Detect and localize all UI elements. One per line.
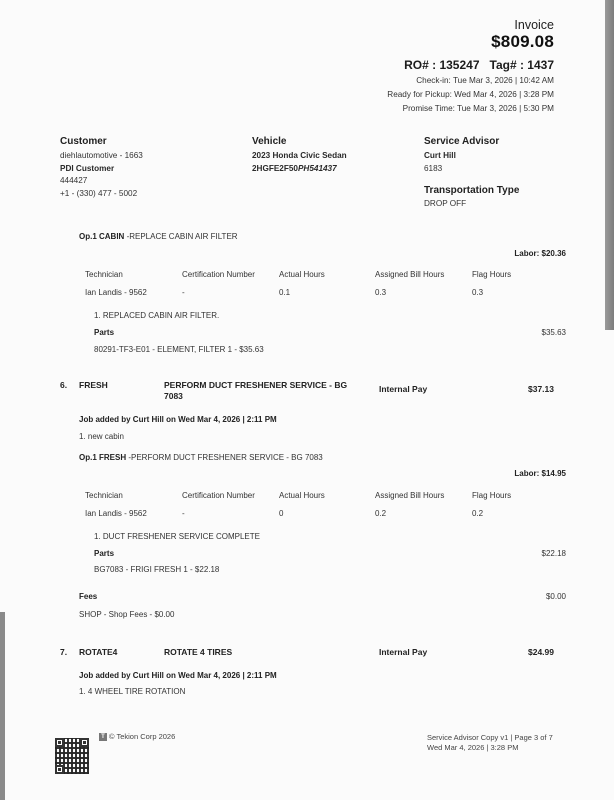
job6-tech-actual: 0 xyxy=(279,509,283,518)
service-advisor-heading: Service Advisor xyxy=(424,136,519,147)
job5-parts-total: $35.63 xyxy=(542,328,566,337)
invoice-title: Invoice xyxy=(514,18,554,32)
qr-finder-top-right xyxy=(80,738,89,747)
job7-amount: $24.99 xyxy=(528,647,554,657)
job6-pay-type: Internal Pay xyxy=(379,384,427,394)
job6-code: FRESH xyxy=(79,380,108,390)
ro-tag-line: RO# : 135247Tag# : 1437 xyxy=(404,58,554,72)
job6-tech-flag: 0.2 xyxy=(472,509,483,518)
job6-op-code: Op.1 FRESH xyxy=(79,453,126,462)
job6-number: 6. xyxy=(60,380,67,390)
job5-op-code: Op.1 CABIN xyxy=(79,232,124,241)
copyright-text: © Tekion Corp 2026 xyxy=(109,732,175,741)
tech-header-flag: Flag Hours xyxy=(472,270,511,279)
tech-header-assigned: Assigned Bill Hours xyxy=(375,270,444,279)
tekion-logo-icon: T xyxy=(99,733,107,741)
job6-description: PERFORM DUCT FRESHENER SERVICE - BG 7083 xyxy=(164,380,364,401)
ready-for-pickup-time: Ready for Pickup: Wed Mar 4, 2026 | 3:28… xyxy=(387,90,554,99)
job6-parts-line: BG7083 - FRIGI FRESH 1 - $22.18 xyxy=(94,565,219,574)
job6-fees-total: $0.00 xyxy=(546,592,566,601)
service-advisor-id: 6183 xyxy=(424,163,519,176)
customer-number: 444427 xyxy=(60,175,143,188)
job5-tech-name: Ian Landis - 9562 xyxy=(85,288,147,297)
job5-op-description: -REPLACE CABIN AIR FILTER xyxy=(124,232,237,241)
scan-edge-shadow-left xyxy=(0,612,5,800)
job7-pay-type: Internal Pay xyxy=(379,647,427,657)
customer-type: PDI Customer xyxy=(60,163,143,176)
job7-code: ROTATE4 xyxy=(79,647,117,657)
job6-parts-label: Parts xyxy=(94,549,114,558)
job5-note: 1. REPLACED CABIN AIR FILTER. xyxy=(94,311,219,320)
job5-tech-flag: 0.3 xyxy=(472,288,483,297)
job6-fees-line: SHOP - Shop Fees - $0.00 xyxy=(79,610,174,619)
customer-phone: +1 - (330) 477 - 5002 xyxy=(60,188,143,201)
job5-parts-label: Parts xyxy=(94,328,114,337)
vin-prefix: 2HGFE2F50 xyxy=(252,164,298,173)
job5-tech-assigned: 0.3 xyxy=(375,288,386,297)
qr-finder-bottom-left xyxy=(55,765,64,774)
service-advisor-name: Curt Hill xyxy=(424,150,519,163)
job5-labor: Labor: $20.36 xyxy=(514,249,566,258)
vehicle-description: 2023 Honda Civic Sedan xyxy=(252,150,347,163)
job6-tech-name: Ian Landis - 9562 xyxy=(85,509,147,518)
job6-tech-header-actual: Actual Hours xyxy=(279,491,325,500)
job6-tech-header-flag: Flag Hours xyxy=(472,491,511,500)
job7-concern: 1. 4 WHEEL TIRE ROTATION xyxy=(79,687,185,696)
job6-op-line: Op.1 FRESH -PERFORM DUCT FRESHENER SERVI… xyxy=(79,453,323,462)
job6-fees-label: Fees xyxy=(79,592,97,601)
promise-time: Promise Time: Tue Mar 3, 2026 | 5:30 PM xyxy=(403,104,554,113)
job7-added-by: Job added by Curt Hill on Wed Mar 4, 202… xyxy=(79,671,277,680)
vehicle-vin: 2HGFE2F50PH541437 xyxy=(252,163,347,176)
job6-labor: Labor: $14.95 xyxy=(514,469,566,478)
job6-tech-header-assigned: Assigned Bill Hours xyxy=(375,491,444,500)
customer-block: Customer diehlautomotive - 1663 PDI Cust… xyxy=(60,136,143,200)
job5-labor-amount: Labor: $20.36 xyxy=(514,249,566,258)
service-advisor-block: Service Advisor Curt Hill 6183 Transport… xyxy=(424,136,519,211)
vehicle-heading: Vehicle xyxy=(252,136,347,147)
job6-amount: $37.13 xyxy=(528,384,554,394)
job6-added-by: Job added by Curt Hill on Wed Mar 4, 202… xyxy=(79,415,277,424)
job6-concern: 1. new cabin xyxy=(79,432,124,441)
footer-printed-time: Wed Mar 4, 2026 | 3:28 PM xyxy=(427,743,518,752)
job6-labor-amount: Labor: $14.95 xyxy=(514,469,566,478)
invoice-total: $809.08 xyxy=(491,32,554,52)
customer-name: diehlautomotive - 1663 xyxy=(60,150,143,163)
job7-number: 7. xyxy=(60,647,67,657)
tech-header-cert: Certification Number xyxy=(182,270,255,279)
job6-note: 1. DUCT FRESHENER SERVICE COMPLETE xyxy=(94,532,260,541)
transportation-type-heading: Transportation Type xyxy=(424,185,519,196)
job6-tech-header-technician: Technician xyxy=(85,491,123,500)
footer-copy-info: Service Advisor Copy v1 | Page 3 of 7 xyxy=(427,733,553,742)
job7-description: ROTATE 4 TIRES xyxy=(164,647,232,657)
job6-parts-total: $22.18 xyxy=(542,549,566,558)
vehicle-block: Vehicle 2023 Honda Civic Sedan 2HGFE2F50… xyxy=(252,136,347,175)
job5-op-line: Op.1 CABIN -REPLACE CABIN AIR FILTER xyxy=(79,232,238,241)
customer-heading: Customer xyxy=(60,136,143,147)
job6-tech-assigned: 0.2 xyxy=(375,509,386,518)
vin-suffix: PH541437 xyxy=(298,164,337,173)
invoice-page: Invoice $809.08 RO# : 135247Tag# : 1437 … xyxy=(0,0,614,800)
tag-number: Tag# : 1437 xyxy=(490,58,554,72)
qr-finder-top-left xyxy=(55,738,64,747)
job6-tech-cert: - xyxy=(182,509,185,518)
job6-op-description: -PERFORM DUCT FRESHENER SERVICE - BG 708… xyxy=(126,453,323,462)
footer-copyright: T© Tekion Corp 2026 xyxy=(99,732,175,741)
tech-header-actual: Actual Hours xyxy=(279,270,325,279)
transportation-type-value: DROP OFF xyxy=(424,198,519,211)
check-in-time: Check-in: Tue Mar 3, 2026 | 10:42 AM xyxy=(416,76,554,85)
job5-tech-cert: - xyxy=(182,288,185,297)
tech-header-technician: Technician xyxy=(85,270,123,279)
ro-number: RO# : 135247 xyxy=(404,58,479,72)
scan-edge-shadow-right xyxy=(605,0,614,330)
job5-parts-line: 80291-TF3-E01 - ELEMENT, FILTER 1 - $35.… xyxy=(94,345,264,354)
qr-code xyxy=(55,738,89,774)
job6-tech-header-cert: Certification Number xyxy=(182,491,255,500)
job5-tech-actual: 0.1 xyxy=(279,288,290,297)
